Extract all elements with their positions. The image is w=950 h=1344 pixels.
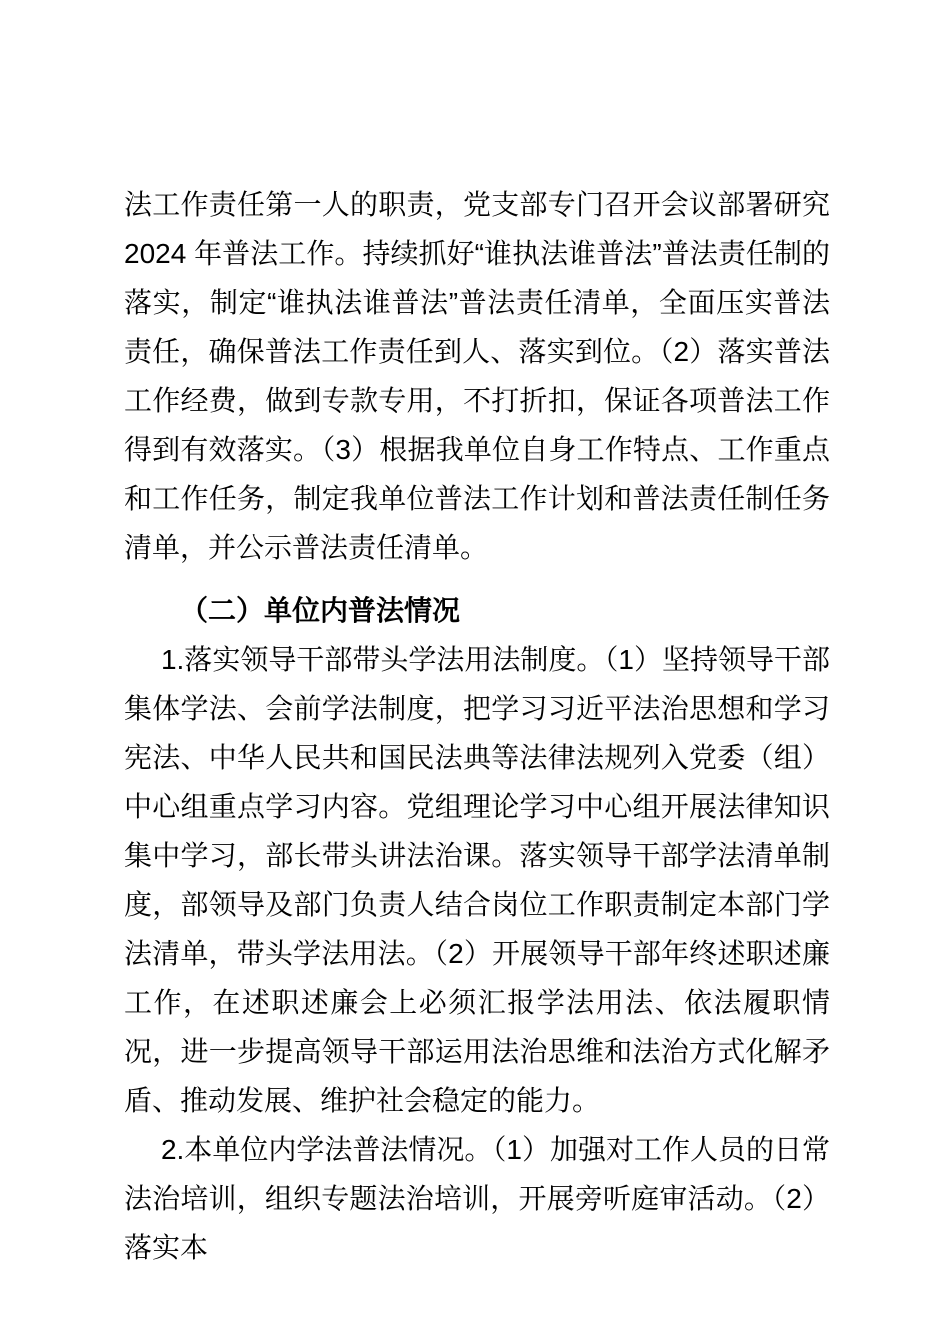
paragraph-unit-study: 2.本单位内学法普法情况。（1）加强对工作人员的日常法治培训，组织专题法治培训，… [124,1125,830,1272]
paragraph-continuation: 法工作责任第一人的职责，党支部专门召开会议部署研究2024 年普法工作。持续抓好… [124,180,830,572]
section-heading: （二）单位内普法情况 [124,586,830,635]
paragraph-leaders-study: 1.落实领导干部带头学法用法制度。（1）坚持领导干部集体学法、会前学法制度，把学… [124,635,830,1125]
document-page: 法工作责任第一人的职责，党支部专门召开会议部署研究2024 年普法工作。持续抓好… [0,0,950,1344]
